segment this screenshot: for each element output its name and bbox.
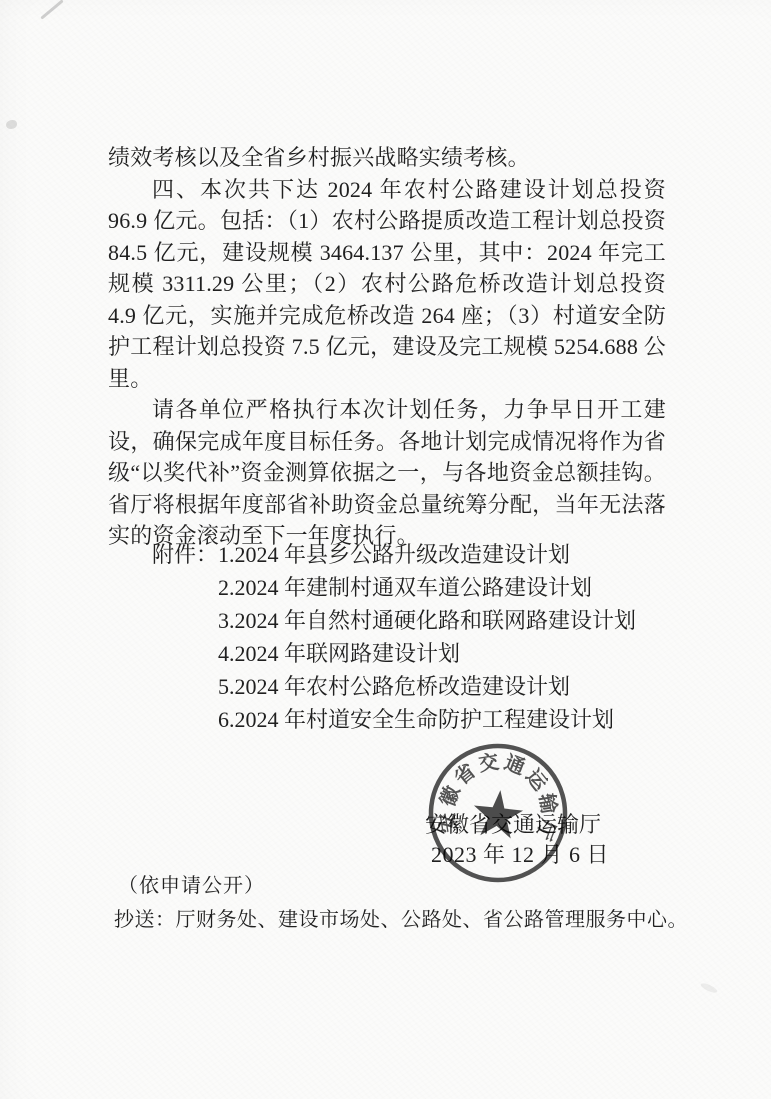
cc-line: 抄送：厅财务处、建设市场处、公路处、省公路管理服务中心。 xyxy=(114,908,688,932)
attachment-item: 2.2024 年建制村通双车道公路建设计划 xyxy=(218,571,636,604)
attachment-item: 3.2024 年自然村通硬化路和联网路建设计划 xyxy=(218,604,636,637)
attachment-item: 4.2024 年联网路建设计划 xyxy=(218,637,636,670)
attachments-list: 1.2024 年县乡公路升级改造建设计划 2.2024 年建制村通双车道公路建设… xyxy=(218,538,636,736)
attachment-item: 5.2024 年农村公路危桥改造建设计划 xyxy=(218,670,636,703)
attachments-block: 附件： 1.2024 年县乡公路升级改造建设计划 2.2024 年建制村通双车道… xyxy=(108,538,708,736)
attachments-label: 附件： xyxy=(152,538,218,571)
scan-artifact xyxy=(40,0,63,20)
seal-star-icon xyxy=(471,788,525,840)
document-page: 绩效考核以及全省乡村振兴战略实绩考核。 四、本次共下达 2024 年农村公路建设… xyxy=(0,0,771,1099)
scan-artifact xyxy=(6,120,17,129)
attachment-item: 1.2024 年县乡公路升级改造建设计划 xyxy=(218,538,636,571)
body-paragraph-continuation: 绩效考核以及全省乡村振兴战略实绩考核。 xyxy=(108,142,666,174)
disclosure-note: （依申请公开） xyxy=(118,874,265,898)
scan-artifact xyxy=(700,981,719,994)
document-body: 绩效考核以及全省乡村振兴战略实绩考核。 四、本次共下达 2024 年农村公路建设… xyxy=(108,142,666,552)
body-paragraph-closing: 请各单位严格执行本次计划任务，力争早日开工建设，确保完成年度目标任务。各地计划完… xyxy=(108,394,666,552)
attachment-item: 6.2024 年村道安全生命防护工程建设计划 xyxy=(218,703,636,736)
official-seal-stamp: 安徽省交通运输厅 xyxy=(420,735,576,891)
body-paragraph-item-four: 四、本次共下达 2024 年农村公路建设计划总投资 96.9 亿元。包括：（1）… xyxy=(108,174,666,395)
